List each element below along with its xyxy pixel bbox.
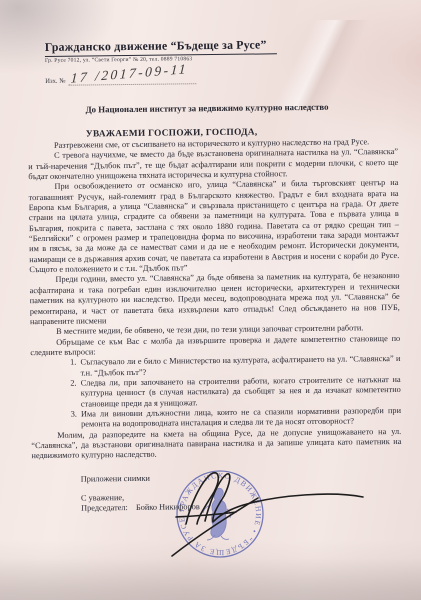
organization-name: Гражданско движение “Бъдеще за Русе” <box>45 37 277 57</box>
letter-body: Разтревожени сме, от съсипването на исто… <box>28 137 402 462</box>
paragraph: С тревога научихме, че вместо да бъде въ… <box>28 147 398 182</box>
recipient-line: До Национален институт за недвижимо култ… <box>86 101 398 115</box>
round-stamp: ГРАЖДАНСКО ДВИЖЕНИЕ • “БЪДЕЩЕ ЗА РУСЕ” • <box>171 465 269 563</box>
stamp-lion-emblem <box>203 488 230 540</box>
questions-list: Съгласувало ли е било с Министерство на … <box>62 354 401 430</box>
signature-title: Председател: <box>81 503 128 513</box>
question-item: Следва ли, при започването на строителни… <box>79 375 401 410</box>
paragraph: При освобождението от османско иго, улиц… <box>28 178 399 275</box>
letterhead: Гражданско движение “Бъдеще за Русе” Гр.… <box>45 34 398 86</box>
ref-number-handwritten: 17 /2017-09-11 <box>71 61 189 87</box>
ref-number-dotted-line: 17 /2017-09-11 <box>68 67 196 85</box>
ref-number-label: Изх. № <box>45 78 65 86</box>
reference-number-row: Изх. № 17 /2017-09-11 <box>45 64 397 86</box>
letter-document: Гражданско движение “Бъдеще за Русе” Гр.… <box>0 0 421 514</box>
closing-paragraph: Молим, да разпоредите на кмета на община… <box>31 427 401 462</box>
paragraph: Преди години, вместо ул. “Славянска” да … <box>29 271 400 327</box>
